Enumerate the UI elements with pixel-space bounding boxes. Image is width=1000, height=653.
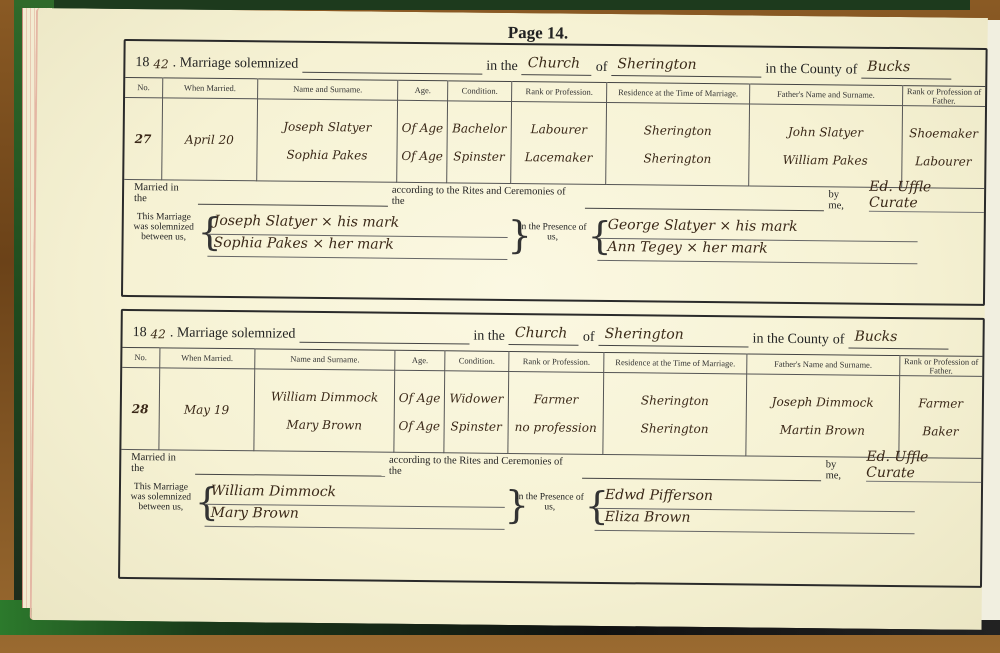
officiant-signature: Ed. Uffle Curate	[866, 449, 981, 483]
names-cell: Joseph SlatyerSophia Pakes	[256, 99, 397, 182]
groom-father-profession: Shoemaker	[902, 119, 985, 148]
professions-cell: LabourerLacemaker	[511, 101, 607, 184]
blank-line	[302, 53, 482, 75]
label-solemnized-between: This Marriage was solemnized between us,	[127, 482, 195, 527]
label-county: in the County	[765, 62, 841, 79]
bride-signature: Sophia Pakes × her mark	[207, 235, 507, 260]
bride-father-profession: Baker	[899, 417, 982, 446]
groom-profession: Labourer	[512, 114, 606, 143]
bride-profession: no profession	[509, 412, 603, 441]
bride-father-profession: Labourer	[902, 147, 985, 176]
col-father-profession: Rank or Profession of Father.	[899, 356, 982, 377]
year-printed: 18	[133, 325, 147, 341]
col-age: Age.	[395, 350, 445, 371]
col-residence: Residence at the Time of Marriage.	[607, 82, 750, 103]
label-county: in the County	[752, 332, 828, 349]
label-in-the: in the	[473, 329, 505, 345]
officiant-signature: Ed. Uffle Curate	[869, 179, 984, 213]
label-county-of: of	[833, 332, 845, 348]
when-married: April 20	[161, 98, 257, 181]
label-marriage-solemnized: . Marriage solemnized	[173, 55, 299, 72]
groom-age: Of Age	[395, 383, 444, 412]
col-when-married: When Married.	[159, 348, 254, 369]
blank-line	[299, 323, 469, 345]
father-professions-cell: FarmerBaker	[899, 376, 983, 459]
bride-signature: Mary Brown	[205, 505, 505, 530]
party-signatures: William Dimmock Mary Brown	[205, 483, 505, 530]
col-no: No.	[125, 77, 162, 97]
col-no: No.	[122, 347, 159, 367]
brace: }	[507, 216, 517, 260]
col-name: Name and Surname.	[257, 79, 398, 100]
witness-signatures: Edwd Pifferson Eliza Brown	[595, 487, 915, 534]
groom-father: Joseph Dimmock	[747, 387, 899, 417]
groom-condition: Bachelor	[448, 114, 511, 143]
bride-father: William Pakes	[749, 145, 901, 175]
when-married: May 19	[159, 368, 255, 451]
col-when-married: When Married.	[162, 78, 257, 99]
entry-number: 28	[121, 367, 159, 449]
witness-signatures: George Slatyer × his mark Ann Tegey × he…	[597, 217, 917, 264]
marriage-entry-28: 1842 . Marriage solemnized in the Church…	[118, 309, 985, 588]
col-father-profession: Rank or Profession of Father.	[902, 86, 985, 107]
year-printed: 18	[135, 55, 149, 71]
label-according-to: according to the Rites and Ceremonies of…	[389, 455, 578, 479]
bride-father: Martin Brown	[746, 415, 898, 445]
label-in-presence: in the Presence of us,	[515, 486, 585, 531]
col-condition: Condition.	[448, 81, 512, 102]
label-in-the: in the	[486, 59, 518, 75]
bride-condition: Spinster	[447, 142, 510, 171]
col-residence: Residence at the Time of Marriage.	[604, 352, 747, 373]
label-solemnized-between: This Marriage was solemnized between us,	[129, 212, 197, 257]
place-type: Church	[509, 325, 579, 346]
marriage-entry-27: 1842 . Marriage solemnized in the Church…	[121, 39, 988, 306]
entry-number: 27	[124, 97, 162, 179]
ages-cell: Of AgeOf Age	[397, 100, 447, 183]
register-table: No. When Married. Name and Surname. Age.…	[124, 77, 985, 189]
ages-cell: Of AgeOf Age	[394, 370, 444, 453]
signatures-block: This Marriage was solemnized between us,…	[121, 474, 981, 535]
col-profession: Rank or Profession.	[512, 81, 607, 102]
conditions-cell: BachelorSpinster	[447, 101, 512, 184]
brace: {	[195, 483, 205, 527]
col-father-name: Father's Name and Surname.	[749, 84, 902, 106]
bride-age: Of Age	[395, 411, 444, 440]
father-professions-cell: ShoemakerLabourer	[901, 106, 985, 189]
witness-2-signature: Ann Tegey × her mark	[597, 239, 917, 264]
fathers-cell: Joseph DimmockMartin Brown	[746, 374, 900, 458]
county: Bucks	[848, 329, 948, 350]
residences-cell: SheringtonSherington	[606, 102, 749, 185]
table-row: 27 April 20 Joseph SlatyerSophia Pakes O…	[124, 97, 985, 188]
label-by-me: by me,	[828, 189, 857, 211]
parish: Sherington	[611, 56, 761, 78]
label-according-to: according to the Rites and Ceremonies of…	[392, 185, 581, 209]
names-cell: William DimmockMary Brown	[254, 369, 395, 452]
county: Bucks	[861, 59, 951, 80]
place-type: Church	[522, 55, 592, 76]
professions-cell: Farmerno profession	[508, 371, 604, 454]
residences-cell: SheringtonSherington	[603, 372, 746, 455]
col-name: Name and Surname.	[255, 349, 396, 370]
label-of: of	[583, 330, 595, 346]
col-profession: Rank or Profession.	[509, 351, 604, 372]
year-handwritten: 42	[153, 57, 168, 71]
label-of: of	[596, 60, 608, 76]
fathers-cell: John SlatyerWilliam Pakes	[748, 104, 902, 188]
table-row: 28 May 19 William DimmockMary Brown Of A…	[121, 367, 982, 458]
register-table: No. When Married. Name and Surname. Age.…	[121, 347, 982, 459]
label-married-in: Married in the	[134, 182, 194, 205]
year-handwritten: 42	[151, 327, 166, 341]
register-page: Page 14. 1842 . Marriage solemnized in t…	[30, 8, 988, 630]
label-county-of: of	[846, 62, 858, 78]
groom-name: Joseph Slatyer	[257, 112, 397, 141]
groom-profession: Farmer	[509, 384, 603, 413]
bride-name: Mary Brown	[254, 410, 394, 439]
groom-name: William Dimmock	[255, 382, 395, 411]
label-marriage-solemnized: . Marriage solemnized	[170, 325, 296, 342]
party-signatures: Joseph Slatyer × his mark Sophia Pakes ×…	[207, 213, 507, 260]
bride-residence: Sherington	[604, 413, 746, 442]
col-age: Age.	[398, 80, 448, 101]
conditions-cell: WidowerSpinster	[444, 371, 509, 454]
groom-signature: William Dimmock	[205, 483, 505, 508]
groom-age: Of Age	[398, 113, 447, 142]
groom-father: John Slatyer	[749, 117, 901, 147]
col-father-name: Father's Name and Surname.	[746, 354, 899, 376]
witness-2-signature: Eliza Brown	[595, 509, 915, 534]
page-number: Page 14.	[508, 23, 569, 44]
label-in-presence: in the Presence of us,	[517, 216, 587, 261]
groom-father-profession: Farmer	[900, 389, 983, 418]
brace: }	[505, 486, 515, 530]
label-married-in: Married in the	[131, 452, 191, 475]
groom-residence: Sherington	[604, 385, 746, 414]
bride-residence: Sherington	[606, 143, 748, 172]
label-by-me: by me,	[826, 459, 855, 481]
bride-age: Of Age	[398, 141, 447, 170]
brace: {	[197, 213, 207, 257]
bride-condition: Spinster	[444, 412, 507, 441]
signatures-block: This Marriage was solemnized between us,…	[123, 204, 983, 265]
groom-condition: Widower	[445, 384, 508, 413]
groom-signature: Joseph Slatyer × his mark	[208, 213, 508, 238]
brace: {	[585, 487, 595, 531]
groom-residence: Sherington	[607, 115, 749, 144]
col-condition: Condition.	[445, 351, 509, 372]
bride-profession: Lacemaker	[511, 142, 605, 171]
brace: {	[587, 217, 597, 261]
parish: Sherington	[599, 326, 749, 348]
bride-name: Sophia Pakes	[257, 140, 397, 169]
